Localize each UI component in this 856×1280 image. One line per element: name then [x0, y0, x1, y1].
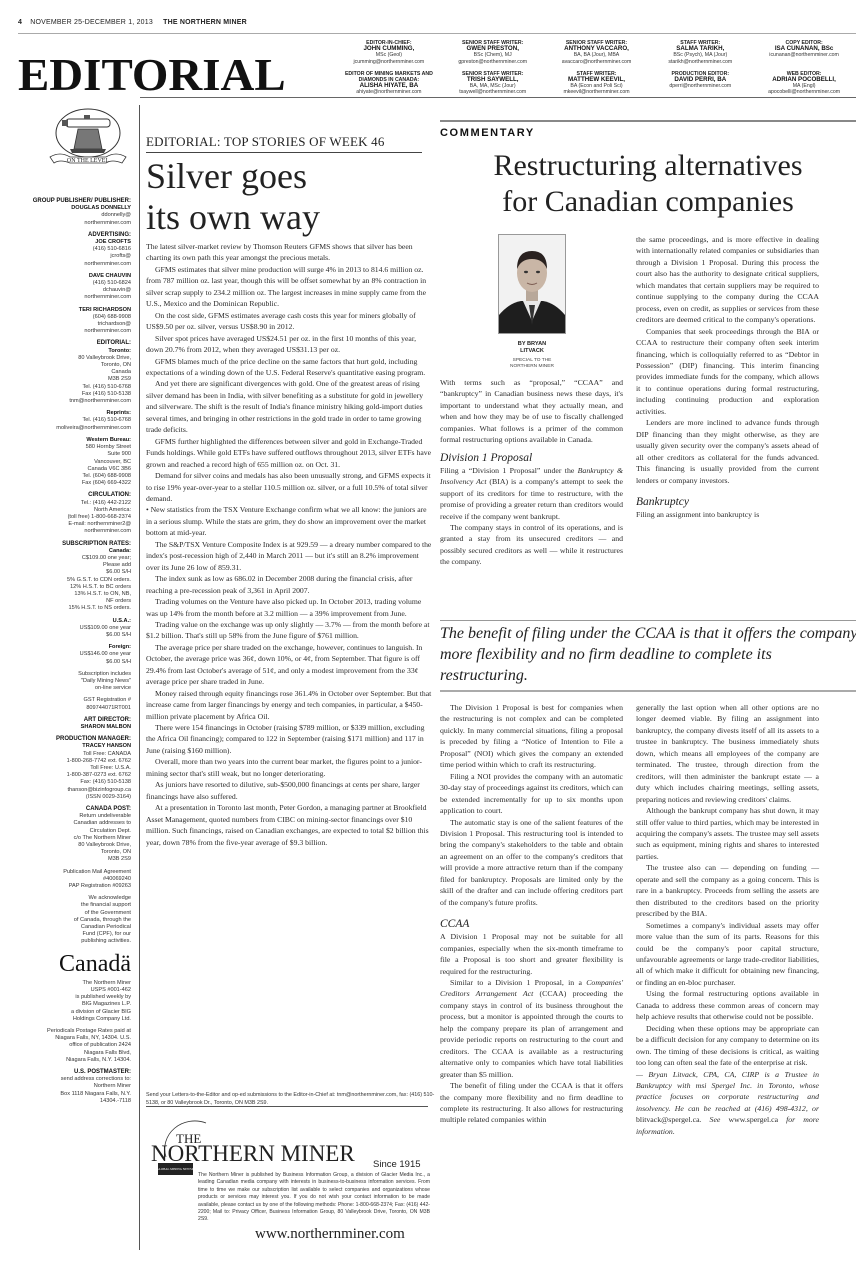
sidebar-line: Fax: (416) 510-5138 [0, 779, 131, 786]
sidebar-line: DAVE CHAUVIN [0, 273, 131, 280]
sidebar-line: 12% H.S.T. to BC orders [0, 584, 131, 591]
commentary-column: The Division 1 Proposal is best for comp… [440, 702, 623, 1126]
sidebar-block: SUBSCRIPTION RATES:Canada:C$109.00 one y… [0, 541, 131, 613]
paragraph: Filing a NOI provides the company with a… [440, 771, 623, 817]
staff-directory: EDITOR-IN-CHIEF:JOHN CUMMING,MSc (Geol)j… [337, 40, 856, 96]
paragraph: GFMS blames much of the price decline on… [146, 356, 432, 379]
staff-entry: EDITOR-IN-CHIEF:JOHN CUMMING,MSc (Geol)j… [337, 40, 441, 65]
author-tagline: — Bryan Litvack, CPA, CA, CIRP is a Trus… [636, 1069, 819, 1138]
sidebar-block: TERI RICHARDSON(604) 688-9908trichardson… [0, 307, 131, 336]
sidebar-line: North America: [0, 507, 131, 514]
sidebar-line: Toronto: [0, 348, 131, 355]
paragraph: Money raised through equity financings r… [146, 688, 432, 722]
sidebar-line: 80 Valleybrook Drive, [0, 355, 131, 362]
sidebar-line: is published weekly by [0, 994, 131, 1001]
subheading: Division 1 Proposal [440, 452, 623, 465]
commentary-column: With terms such as “proposal,” “CCAA” an… [440, 377, 623, 568]
sidebar-line: 5% G.S.T. to CDN orders. [0, 577, 131, 584]
paragraph: The Division 1 Proposal is best for comp… [440, 702, 623, 771]
sidebar-heading: ADVERTISING: [0, 232, 131, 239]
sidebar-line: on-line service [0, 685, 131, 692]
sidebar-line: Niagara Falls, N.Y. 14304. [0, 1057, 131, 1064]
sidebar-line: "Daily Mining News" [0, 678, 131, 685]
staff-email[interactable]: starikh@northernminer.com [648, 59, 752, 65]
divider [18, 33, 856, 34]
since-year: Since 1915 [373, 1159, 421, 1170]
sidebar-line: Tel. (604) 688-9908 [0, 473, 131, 480]
sidebar-line: Fax (604) 669-4322 [0, 480, 131, 487]
editorial-headline: Silver goes its own way [146, 156, 320, 238]
paragraph: The latest silver-market review by Thoms… [146, 241, 432, 264]
sidebar-heading: ART DIRECTOR: [0, 717, 131, 724]
sidebar-line: trichardson@ [0, 321, 131, 328]
sidebar-line: dchauvin@ [0, 287, 131, 294]
sidebar-block: U.S.A.:US$109.00 one year$6.00 S/H [0, 618, 131, 640]
paragraph: With terms such as “proposal,” “CCAA” an… [440, 377, 623, 446]
staff-email[interactable]: gpreston@northernminer.com [441, 59, 545, 65]
sidebar-line: 14304.-7118 [0, 1098, 131, 1105]
paragraph: Using the formal restructuring options a… [636, 988, 819, 1022]
sidebar-line: GST Registration # [0, 697, 131, 704]
sidebar-line: (416) 510-6824 [0, 280, 131, 287]
paragraph: generally the last option when all other… [636, 702, 819, 805]
sidebar-line: Fund (CPF), for our [0, 931, 131, 938]
staff-entry: WEB EDITOR:ADRIAN POCOBELLI,MA (Engl)apo… [752, 71, 856, 96]
sidebar-block: Foreign:US$146.00 one year$6.00 S/H [0, 644, 131, 666]
paragraph: Companies that seek proceedings through … [636, 326, 819, 418]
paragraph: The S&P/TSX Venture Composite Index is a… [146, 539, 432, 573]
sidebar-line: The Northern Miner [0, 980, 131, 987]
paragraph: Sometimes a company's individual assets … [636, 920, 819, 989]
staff-entry: SENIOR STAFF WRITER:TRISH SAYWELL,BA, MA… [441, 71, 545, 96]
staff-email[interactable]: avaccaro@northernminer.com [545, 59, 649, 65]
svg-text:NORTHERN MINER: NORTHERN MINER [151, 1141, 355, 1166]
editorial-kicker: EDITORIAL: TOP STORIES OF WEEK 46 [146, 134, 385, 150]
headline-line: for Canadian companies [502, 185, 794, 218]
sidebar-line: Toronto, ON [0, 362, 131, 369]
paragraph: Filing an assignment into bankruptcy is [636, 509, 819, 520]
sidebar-line: Please add [0, 562, 131, 569]
sidebar-line: Toll Free: U.S.A. [0, 765, 131, 772]
sidebar-line: Tel. (416) 510-6768 [0, 417, 131, 424]
sidebar-heading: PRODUCTION MANAGER: [0, 736, 131, 743]
page-number: 4 [18, 19, 22, 26]
paragraph: The automatic stay is one of the salient… [440, 817, 623, 909]
staff-entry: SENIOR STAFF WRITER:ANTHONY VACCARO,BA, … [545, 40, 649, 65]
sidebar-line: Canadian addresses to [0, 820, 131, 827]
staff-entry: COPY EDITOR:ISA CUNANAN, BScicunanan@nor… [752, 40, 856, 65]
sidebar-line: 15% H.S.T. to NS orders. [0, 605, 131, 612]
sidebar-block: CIRCULATION:Tel.: (416) 442-2122North Am… [0, 492, 131, 535]
sidebar-block: The Northern MinerUSPS #001-462is publis… [0, 980, 131, 1023]
byline: BY BRYAN LITVACK SPECIAL TO THENORTHERN … [470, 341, 594, 370]
sidebar-line: thanson@bizinfogroup.ca [0, 787, 131, 794]
sidebar-line: Niagara Falls, NY, 14304. U.S. [0, 1035, 131, 1042]
sidebar-line: TRACEY HANSON [0, 743, 131, 750]
sidebar-block: Western Bureau:580 Hornby StreetSuite 90… [0, 437, 131, 487]
paragraph: Overall, more than two years into the cu… [146, 756, 432, 779]
sidebar-line: (toll free) 1-800-668-2374 [0, 514, 131, 521]
paragraph: Similar to a Division 1 Proposal, in a C… [440, 977, 623, 1080]
sidebar-line: $6.00 S/H [0, 659, 131, 666]
sidebar-line: USPS #001-462 [0, 987, 131, 994]
sidebar-line: Canada [0, 369, 131, 376]
sidebar-line: 80 Valleybrook Drive, [0, 842, 131, 849]
svg-text:THE GLOBAL MINING NEWSPAPER: THE GLOBAL MINING NEWSPAPER [150, 1167, 203, 1171]
sidebar-line: 1-800-268-7742 ext. 6762 [0, 758, 131, 765]
sidebar-heading: CIRCULATION: [0, 492, 131, 499]
sidebar-line: US$146.00 one year [0, 651, 131, 658]
sidebar-line: jcrofts@ [0, 253, 131, 260]
sidebar-block: EDITORIAL:Toronto:80 Valleybrook Drive,T… [0, 340, 131, 405]
letters-note: Send your Letters-to-the-Editor and op-e… [146, 1091, 436, 1107]
sidebar-line: Publication Mail Agreement [0, 869, 131, 876]
paragraph: Trading value on the exchange was up onl… [146, 619, 432, 642]
staff-entry: EDITOR OF MINING MARKETS AND DIAMONDS IN… [337, 71, 441, 96]
subheading: Bankruptcy [636, 496, 819, 509]
sidebar-line: $6.00 S/H [0, 632, 131, 639]
commentary-headline: Restructuring alternatives for Canadian … [440, 148, 856, 220]
sidebar-line: Vancouver, BC [0, 459, 131, 466]
sidebar-block: ADVERTISING:JOE CROFTS(416) 510-6816jcro… [0, 232, 131, 268]
staff-email[interactable]: apocobelli@northernminer.com [752, 89, 856, 95]
sidebar-line: M3B 2S9 [0, 376, 131, 383]
sidebar-block: U.S. POSTMASTER:send address corrections… [0, 1069, 131, 1105]
staff-email[interactable]: icunanan@northernminer.com [752, 52, 856, 58]
staff-email[interactable]: jcumming@northernminer.com [337, 59, 441, 65]
publication-name: THE NORTHERN MINER [163, 19, 247, 26]
paragraph: the same proceedings, and is more effect… [636, 234, 819, 326]
sidebar-block: Reprints:Tel. (416) 510-6768moliveira@no… [0, 410, 131, 432]
headline-line: Silver goes [146, 156, 307, 196]
sidebar-line: Periodicals Postage Rates paid at [0, 1028, 131, 1035]
pull-quote: The benefit of filing under the CCAA is … [440, 623, 856, 686]
sidebar-heading: CANADA POST: [0, 806, 131, 813]
sidebar-block: GROUP PUBLISHER/ PUBLISHER:DOUGLAS DONNE… [0, 198, 131, 227]
sidebar-line: (416) 510-6816 [0, 246, 131, 253]
paragraph: The index sunk as low as 686.02 in Decem… [146, 573, 432, 596]
sidebar-block: DAVE CHAUVIN(416) 510-6824dchauvin@north… [0, 273, 131, 302]
paragraph: Silver spot prices have averaged US$24.5… [146, 333, 432, 356]
privacy-disclaimer: The Northern Miner is published by Busin… [198, 1172, 430, 1224]
sidebar-line: publishing activities. [0, 938, 131, 945]
paragraph: Deciding when these options may be appro… [636, 1023, 819, 1069]
sidebar-line: U.S.A.: [0, 618, 131, 625]
paragraph: On the cost side, GFMS estimates average… [146, 310, 432, 333]
canada-wordmark-logo: Canadä [0, 951, 131, 977]
sidebar-line: Canadian Periodical [0, 924, 131, 931]
sidebar-block: CANADA POST:Return undeliverableCanadian… [0, 806, 131, 864]
staff-entry: STAFF WRITER:MATTHEW KEEVIL,BA (Econ and… [545, 71, 649, 96]
paragraph: The trustee also can — depending on fund… [636, 862, 819, 919]
sidebar-line: TERI RICHARDSON [0, 307, 131, 314]
sidebar-line: 1-800-387-0273 ext. 6762 [0, 772, 131, 779]
sidebar-line: Tel. (416) 510-6768 [0, 384, 131, 391]
sidebar-line: the financial support [0, 902, 131, 909]
sidebar-line: Return undeliverable [0, 813, 131, 820]
person-portrait-icon [499, 235, 565, 333]
sidebar-line: BIG Magazines L.P. [0, 1001, 131, 1008]
sidebar-line: Tel.: (416) 442-2122 [0, 500, 131, 507]
headline-line: Restructuring alternatives [493, 149, 802, 182]
paragraph: Although the bankrupt company has shut d… [636, 805, 819, 862]
commentary-column: generally the last option when all other… [636, 702, 819, 1137]
sidebar-line: Foreign: [0, 644, 131, 651]
staff-entry: SENIOR STAFF WRITER:GWEN PRESTON,BSc (Ch… [441, 40, 545, 65]
paragraph: A Division 1 Proposal may not be suitabl… [440, 931, 623, 977]
website-link[interactable]: www.northernminer.com [255, 1226, 405, 1243]
sidebar-line: $6.00 S/H [0, 569, 131, 576]
sidebar-block: ART DIRECTOR:SHARON MALBON [0, 717, 131, 731]
sidebar-line: moliveira@northernminer.com [0, 425, 131, 432]
sidebar-line: #40069240 [0, 876, 131, 883]
divider [440, 690, 856, 692]
byline-name: LITVACK [470, 348, 594, 355]
sidebar-heading: EDITORIAL: [0, 340, 131, 347]
sidebar-line: Circulation Dept. [0, 828, 131, 835]
sidebar-heading: GROUP PUBLISHER/ PUBLISHER: [0, 198, 131, 205]
sidebar-line: (ISSN 0029-3164) [0, 794, 131, 801]
sidebar-info: GROUP PUBLISHER/ PUBLISHER:DOUGLAS DONNE… [0, 130, 131, 1110]
divider [140, 97, 856, 98]
sidebar-block: We acknowledgethe financial supportof th… [0, 895, 131, 945]
sidebar-line: Western Bureau: [0, 437, 131, 444]
sidebar-line: Northern Miner [0, 1083, 131, 1090]
sidebar-line: Subscription includes [0, 671, 131, 678]
sidebar-line: northernminer.com [0, 328, 131, 335]
byline-credit: NORTHERN MINER [510, 364, 554, 369]
commentary-kicker: COMMENTARY [440, 127, 535, 139]
sidebar-line: ddonnelly@ [0, 212, 131, 219]
byline-credit: SPECIAL TO THE [513, 358, 552, 363]
sidebar-line: Reprints: [0, 410, 131, 417]
sidebar-block: Periodicals Postage Rates paid atNiagara… [0, 1028, 131, 1064]
sidebar-line: Toll Free: CANADA [0, 751, 131, 758]
staff-entry: PRODUCTION EDITOR:DAVID PERRI, BAdperri@… [648, 71, 752, 96]
section-title: EDITORIAL [18, 48, 286, 101]
sidebar-line: Fax (416) 510-5138 [0, 391, 131, 398]
sidebar-line: a division of Glacier BIG [0, 1009, 131, 1016]
staff-email[interactable]: ahiyate@northernminer.com [337, 89, 441, 95]
sidebar-line: (604) 688-9908 [0, 314, 131, 321]
sidebar-line: C$109.00 one year; [0, 555, 131, 562]
divider [440, 120, 856, 122]
subheading: CCAA [440, 918, 623, 931]
sidebar-line: DOUGLAS DONNELLY [0, 205, 131, 212]
staff-email[interactable]: dperri@northernminer.com [648, 83, 752, 89]
sidebar-line: northernminer.com [0, 220, 131, 227]
sidebar-line: Holdings Company Ltd. [0, 1016, 131, 1023]
paragraph: As juniors have resorted to dilutive, su… [146, 779, 432, 802]
paragraph: Trading volumes on the Venture have also… [146, 596, 432, 619]
paragraph: Filing a “Division 1 Proposal” under the… [440, 465, 623, 522]
paragraph: Lenders are more inclined to advance fun… [636, 417, 819, 486]
sidebar-line: northernminer.com [0, 294, 131, 301]
spergel-website-link[interactable]: www.spergel.ca [728, 1115, 778, 1124]
author-photo [498, 234, 566, 334]
divider [440, 620, 856, 621]
sidebar-line: Niagara Falls Blvd, [0, 1050, 131, 1057]
sidebar-line: M3B 2S9 [0, 856, 131, 863]
northern-miner-logo-icon: THE NORTHERN MINER THE GLOBAL MINING NEW… [146, 1117, 356, 1175]
sidebar-line: 13% H.S.T. to ON, NB, [0, 591, 131, 598]
sidebar-line: of the Government [0, 910, 131, 917]
staff-email[interactable]: mkeevil@northernminer.com [545, 89, 649, 95]
sidebar-line: northernminer.com [0, 261, 131, 268]
divider [146, 1106, 428, 1107]
sidebar-line: c/o The Northern Miner [0, 835, 131, 842]
sidebar-block: Publication Mail Agreement#40069240PAP R… [0, 869, 131, 891]
sidebar-block: Subscription includes"Daily Mining News"… [0, 671, 131, 693]
sidebar-line: Suite 900 [0, 451, 131, 458]
sidebar-line: US$109.00 one year [0, 625, 131, 632]
sidebar-line: tnm@northernminer.com [0, 398, 131, 405]
staff-email[interactable]: tsaywell@northernminer.com [441, 89, 545, 95]
staff-entry: STAFF WRITER:SALMA TARIKH,BSc (Psych), M… [648, 40, 752, 65]
paragraph: There were 154 financings in October (ra… [146, 722, 432, 756]
sidebar-line: SHARON MALBON [0, 724, 131, 731]
paragraph: • New statistics from the TSX Venture Ex… [146, 504, 432, 538]
sidebar-line: 809744071RT001 [0, 705, 131, 712]
paragraph: The benefit of filing under the CCAA is … [440, 1080, 623, 1126]
editorial-body: The latest silver-market review by Thoms… [146, 241, 432, 848]
commentary-column: the same proceedings, and is more effect… [636, 234, 819, 520]
sidebar-block: PRODUCTION MANAGER:TRACEY HANSONToll Fre… [0, 736, 131, 801]
paragraph: GFMS estimates that silver mine producti… [146, 264, 432, 310]
paragraph: Demand for silver coins and medals has a… [146, 470, 432, 504]
sidebar-line: PAP Registration #09263 [0, 883, 131, 890]
sidebar-line: Canada V6C 3B6 [0, 466, 131, 473]
sidebar-line: send address corrections to: [0, 1076, 131, 1083]
paragraph: And yet there are significant divergence… [146, 378, 432, 435]
byline-name: BY BRYAN [470, 341, 594, 348]
sidebar-line: of Canada, through the [0, 917, 131, 924]
sidebar-line: office of publication 2424 [0, 1042, 131, 1049]
page-folio: 4 NOVEMBER 25-DECEMBER 1, 2013 THE NORTH… [18, 19, 247, 26]
sidebar-line: 580 Hornby Street [0, 444, 131, 451]
sidebar-line: NF orders [0, 598, 131, 605]
paragraph: At a presentation in Toronto last month,… [146, 802, 432, 848]
paragraph: GFMS further highlighted the differences… [146, 436, 432, 470]
divider [146, 152, 422, 153]
sidebar-line: Canada: [0, 548, 131, 555]
sidebar-line: Box 1118 Niagara Falls, N.Y. [0, 1091, 131, 1098]
sidebar-heading: U.S. POSTMASTER: [0, 1069, 131, 1076]
author-email-link[interactable]: blitvack@spergel.ca [636, 1115, 700, 1124]
sidebar-divider [139, 105, 140, 1250]
sidebar-line: Toronto, ON [0, 849, 131, 856]
headline-line: its own way [146, 197, 320, 237]
issue-date: NOVEMBER 25-DECEMBER 1, 2013 [30, 19, 153, 26]
sidebar-block: GST Registration #809744071RT001 [0, 697, 131, 711]
paragraph: The company stays in control of its oper… [440, 522, 623, 568]
sidebar-line: northernminer.com [0, 528, 131, 535]
sidebar-line: JOE CROFTS [0, 239, 131, 246]
sidebar-heading: SUBSCRIPTION RATES: [0, 541, 131, 548]
paragraph: The average price per share traded on th… [146, 642, 432, 688]
sidebar-line: We acknowledge [0, 895, 131, 902]
sidebar-line: E-mail: northernminer2@ [0, 521, 131, 528]
